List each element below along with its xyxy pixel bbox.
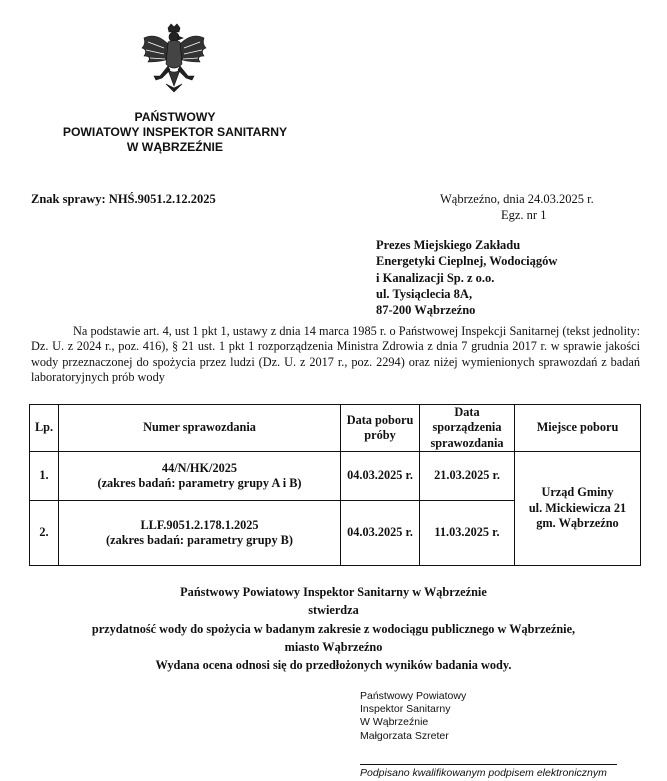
cell-lp: 1. bbox=[30, 451, 59, 500]
office-line: PAŃSTWOWY bbox=[0, 110, 350, 125]
place-and-date: Wąbrzeźno, dnia 24.03.2025 r. bbox=[440, 192, 594, 207]
place-line: gm. Wąbrzeźno bbox=[517, 516, 638, 531]
signature-line: W Wąbrzeźnie bbox=[360, 716, 466, 729]
header-report-number: Numer sprawozdania bbox=[59, 405, 341, 452]
cell-report-number: 44/N/HK/2025 (zakres badań: parametry gr… bbox=[59, 451, 341, 500]
addressee-block: Prezes Miejskiego Zakładu Energetyki Cie… bbox=[376, 237, 557, 318]
cell-sampling-date: 04.03.2025 r. bbox=[341, 500, 420, 565]
addressee-line: ul. Tysiąclecia 8A, bbox=[376, 286, 557, 302]
decision-statement: Państwowy Powiatowy Inspektor Sanitarny … bbox=[0, 583, 667, 674]
addressee-line: Prezes Miejskiego Zakładu bbox=[376, 237, 557, 253]
header-lp: Lp. bbox=[30, 405, 59, 452]
report-scope: (zakres badań: parametry grupy B) bbox=[61, 533, 338, 548]
cell-lp: 2. bbox=[30, 500, 59, 565]
signer-name: Małgorzata Szreter bbox=[360, 730, 466, 743]
report-scope: (zakres badań: parametry grupy A i B) bbox=[61, 476, 338, 491]
lab-reports-table: Lp. Numer sprawozdania Data poboru próby… bbox=[29, 404, 641, 566]
cell-sampling-date: 04.03.2025 r. bbox=[341, 451, 420, 500]
office-line: POWIATOWY INSPEKTOR SANITARNY bbox=[0, 125, 350, 140]
report-number: 44/N/HK/2025 bbox=[61, 461, 338, 476]
addressee-line: 87-200 Wąbrzeźno bbox=[376, 302, 557, 318]
header-sampling-date: Data poboru próby bbox=[341, 405, 420, 452]
table-header-row: Lp. Numer sprawozdania Data poboru próby… bbox=[30, 405, 641, 452]
cell-report-number: LLF.9051.2.178.1.2025 (zakres badań: par… bbox=[59, 500, 341, 565]
statement-line: Państwowy Powiatowy Inspektor Sanitarny … bbox=[0, 583, 667, 601]
polish-eagle-emblem-icon bbox=[138, 22, 210, 96]
copy-number: Egz. nr 1 bbox=[501, 208, 546, 223]
addressee-line: Energetyki Cieplnej, Wodociągów bbox=[376, 253, 557, 269]
signature-divider bbox=[360, 764, 617, 765]
statement-line: miasto Wąbrzeźno bbox=[0, 638, 667, 656]
electronic-signature-note: Podpisano kwalifikowanym podpisem elektr… bbox=[360, 767, 607, 779]
cell-sampling-place: Urząd Gminy ul. Mickiewicza 21 gm. Wąbrz… bbox=[515, 451, 641, 565]
report-number: LLF.9051.2.178.1.2025 bbox=[61, 518, 338, 533]
signature-line: Państwowy Powiatowy bbox=[360, 690, 466, 703]
table-row: 1. 44/N/HK/2025 (zakres badań: parametry… bbox=[30, 451, 641, 500]
cell-report-date: 21.03.2025 r. bbox=[420, 451, 515, 500]
statement-line: Wydana ocena odnosi się do przedłożonych… bbox=[0, 656, 667, 674]
office-line: W WĄBRZEŹNIE bbox=[0, 140, 350, 155]
place-line: Urząd Gminy bbox=[517, 485, 638, 500]
place-line: ul. Mickiewicza 21 bbox=[517, 501, 638, 516]
statement-line: przydatność wody do spożycia w badanym z… bbox=[0, 620, 667, 638]
header-report-date: Data sporządzenia sprawozdania bbox=[420, 405, 515, 452]
legal-basis-paragraph: Na podstawie art. 4, ust 1 pkt 1, ustawy… bbox=[31, 324, 640, 386]
statement-line: stwierdza bbox=[0, 601, 667, 619]
signature-line: Inspektor Sanitarny bbox=[360, 703, 466, 716]
issuing-office-header: PAŃSTWOWY POWIATOWY INSPEKTOR SANITARNY … bbox=[0, 110, 350, 155]
cell-report-date: 11.03.2025 r. bbox=[420, 500, 515, 565]
signature-block: Państwowy Powiatowy Inspektor Sanitarny … bbox=[360, 690, 466, 743]
addressee-line: i Kanalizacji Sp. z o.o. bbox=[376, 270, 557, 286]
header-sampling-place: Miejsce poboru bbox=[515, 405, 641, 452]
case-number: Znak sprawy: NHŚ.9051.2.12.2025 bbox=[31, 192, 216, 207]
